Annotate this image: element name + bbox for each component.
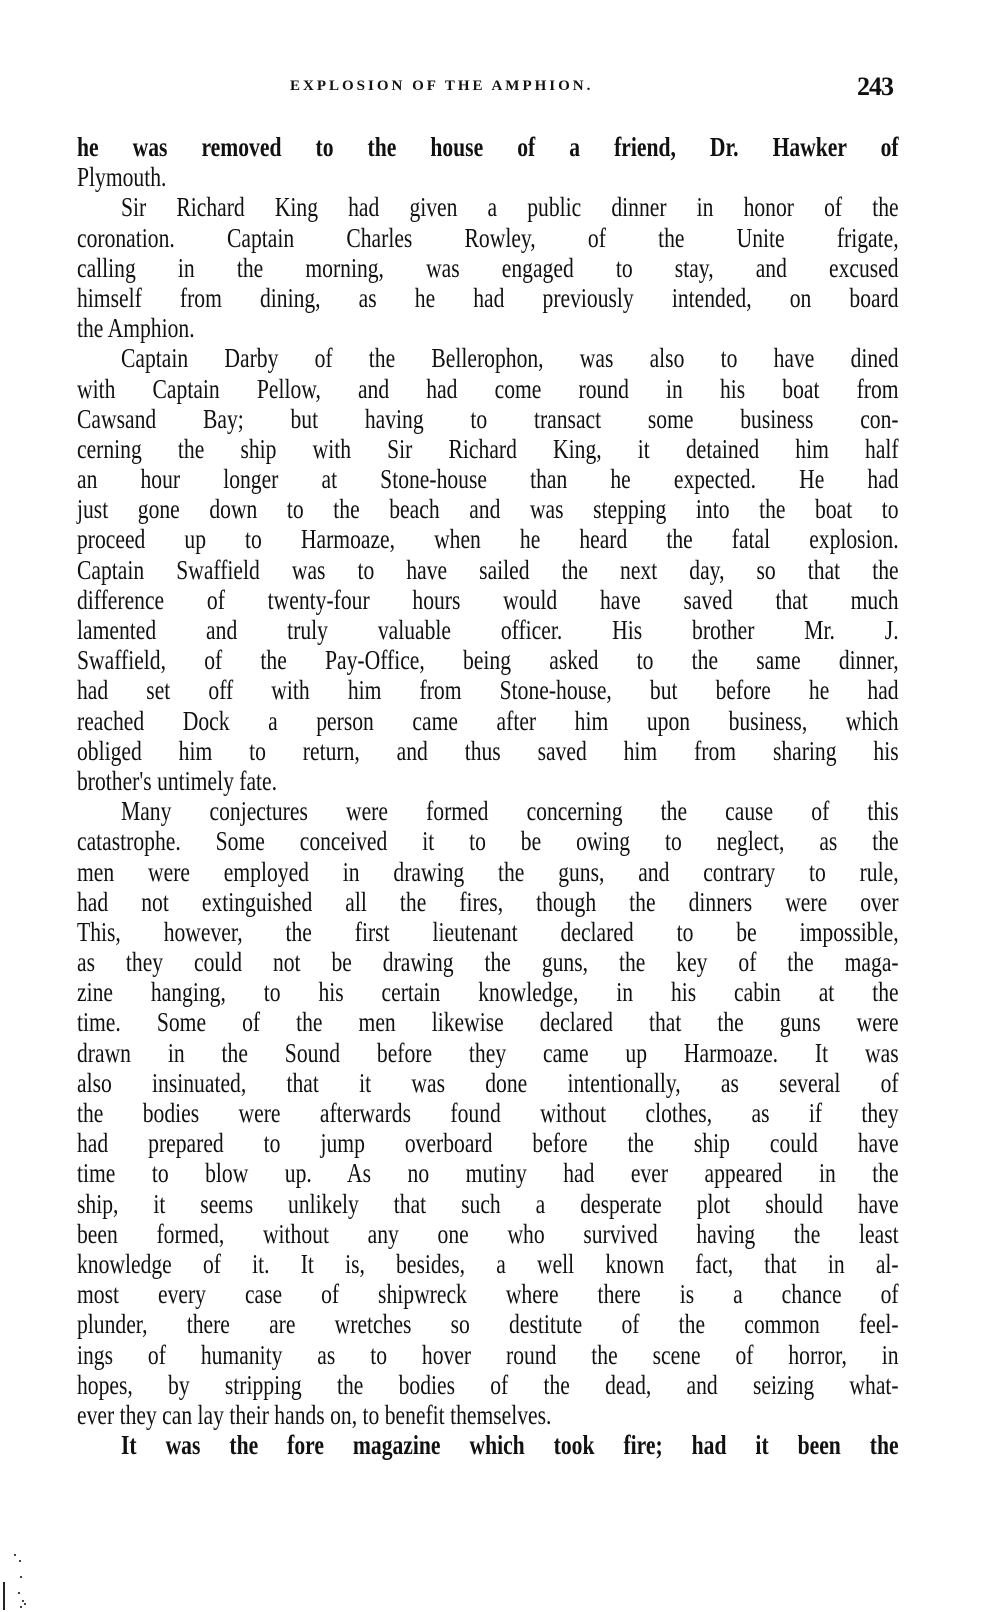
running-title: Explosion of the Amphion. xyxy=(290,78,593,95)
paragraph-first-line: Sir Richard King had given a public dinn… xyxy=(77,192,899,222)
text-line: This, however, the first lieutenant decl… xyxy=(77,917,899,947)
paragraph-first-line: Many conjectures were formed concerning … xyxy=(77,796,899,826)
text-line: Plymouth. xyxy=(77,162,899,192)
text-line: with Captain Pellow, and had come round … xyxy=(77,374,899,404)
text-line: the Amphion. xyxy=(77,313,899,343)
text-line: had not extinguished all the fires, thou… xyxy=(77,887,899,917)
text-line: proceed up to Harmoaze, when he heard th… xyxy=(77,524,899,554)
text-line: ever they can lay their hands on, to ben… xyxy=(77,1400,899,1430)
text-line: the bodies were afterwards found without… xyxy=(77,1098,899,1128)
scan-speck xyxy=(20,1606,22,1608)
text-line: been formed, without any one who survive… xyxy=(77,1219,899,1249)
text-line: had prepared to jump overboard before th… xyxy=(77,1128,899,1158)
text-line: an hour longer at Stone-house than he ex… xyxy=(77,464,899,494)
text-line: coronation. Captain Charles Rowley, of t… xyxy=(77,223,899,253)
text-line: plunder, there are wretches so destitute… xyxy=(77,1309,899,1339)
scan-speck xyxy=(22,1600,24,1602)
scan-speck xyxy=(14,1554,16,1556)
scan-artifact xyxy=(0,1540,40,1612)
text-line: Captain Swaffield was to have sailed the… xyxy=(77,555,899,585)
text-line: just gone down to the beach and was step… xyxy=(77,494,899,524)
text-line: calling in the morning, was engaged to s… xyxy=(77,253,899,283)
scan-edge-line xyxy=(3,1582,5,1610)
text-line: as they could not be drawing the guns, t… xyxy=(77,947,899,977)
scan-speck xyxy=(24,1603,26,1605)
text-line: drawn in the Sound before they came up H… xyxy=(77,1038,899,1068)
paragraph-first-line: Captain Darby of the Bellerophon, was al… xyxy=(77,343,899,373)
text-line: difference of twenty-four hours would ha… xyxy=(77,585,899,615)
text-line: brother's untimely fate. xyxy=(77,766,899,796)
text-line: time. Some of the men likewise declared … xyxy=(77,1007,899,1037)
text-line: lamented and truly valuable officer. His… xyxy=(77,615,899,645)
text-line: had set off with him from Stone-house, b… xyxy=(77,675,899,705)
text-line: cerning the ship with Sir Richard King, … xyxy=(77,434,899,464)
scan-speck xyxy=(18,1592,20,1594)
text-line: catastrophe. Some conceived it to be owi… xyxy=(77,826,899,856)
text-line: Swaffield, of the Pay-Office, being aske… xyxy=(77,645,899,675)
text-line: also insinuated, that it was done intent… xyxy=(77,1068,899,1098)
page-number: 243 xyxy=(857,72,893,102)
text-line: himself from dining, as he had previousl… xyxy=(77,283,899,313)
text-line: most every case of shipwreck where there… xyxy=(77,1279,899,1309)
text-line: hopes, by stripping the bodies of the de… xyxy=(77,1370,899,1400)
text-line: ship, it seems unlikely that such a desp… xyxy=(77,1189,899,1219)
text-line: zine hanging, to his certain knowledge, … xyxy=(77,977,899,1007)
text-line: obliged him to return, and thus saved hi… xyxy=(77,736,899,766)
text-line: he was removed to the house of a friend,… xyxy=(77,132,899,162)
scan-speck xyxy=(19,1560,21,1562)
text-line: time to blow up. As no mutiny had ever a… xyxy=(77,1158,899,1188)
text-line: Cawsand Bay; but having to transact some… xyxy=(77,404,899,434)
text-line: knowledge of it. It is, besides, a well … xyxy=(77,1249,899,1279)
text-line: ings of humanity as to hover round the s… xyxy=(77,1340,899,1370)
body-text: he was removed to the house of a friend,… xyxy=(77,132,899,1460)
text-line: men were employed in drawing the guns, a… xyxy=(77,857,899,887)
running-head: Explosion of the Amphion. 243 xyxy=(0,76,1000,102)
scan-speck xyxy=(20,1576,22,1578)
text-line: reached Dock a person came after him upo… xyxy=(77,706,899,736)
paragraph-first-line: It was the fore magazine which took fire… xyxy=(77,1430,899,1460)
